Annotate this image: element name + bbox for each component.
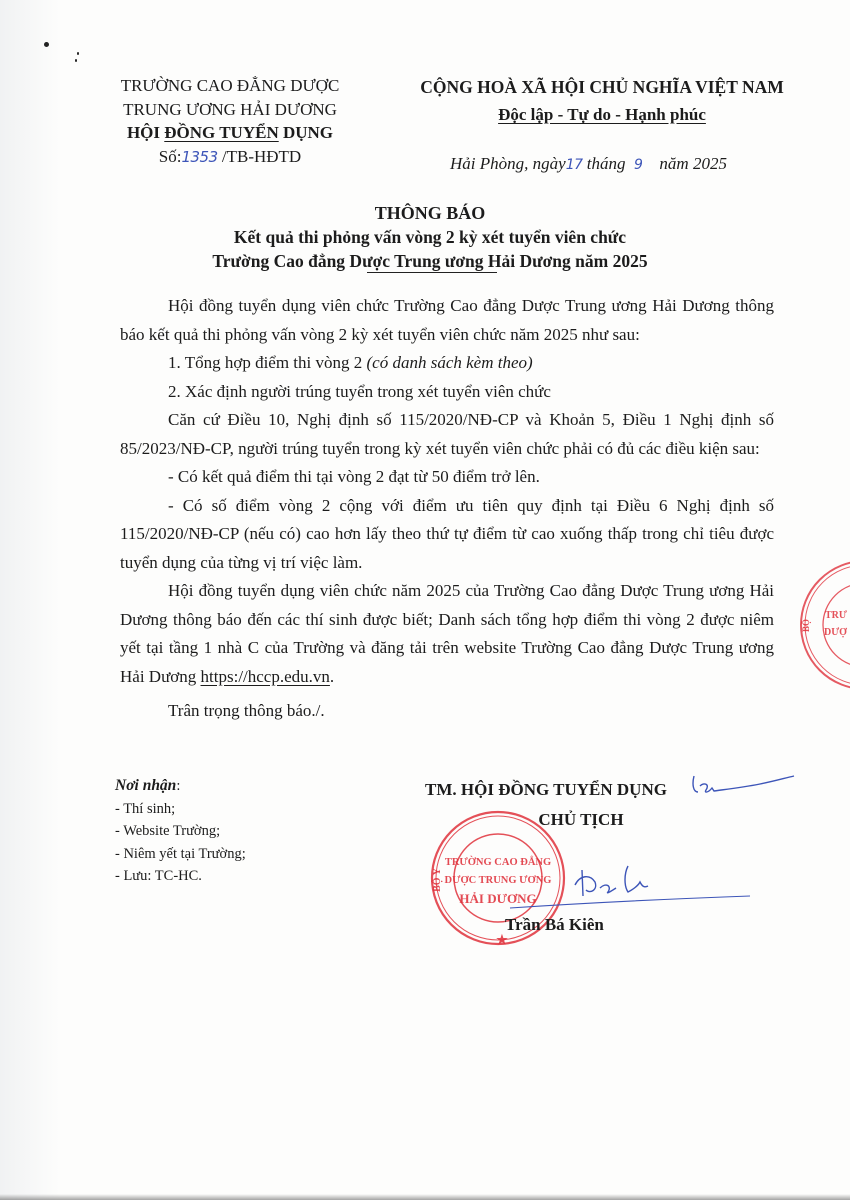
document-page: TRƯỜNG CAO ĐẲNG DƯỢC TRUNG ƯƠNG HẢI DƯƠN… (0, 0, 850, 1200)
condition-2: - Có số điểm vòng 2 cộng với điểm ưu tiê… (120, 492, 774, 578)
handwritten-doc-number: 1353 (181, 148, 217, 166)
partial-stamp-side-text: BỘ (801, 619, 811, 632)
page-seal-partial-stamp: TRƯ DƯỢ BỘ (795, 560, 850, 690)
nation-title: CỘNG HOÀ XÃ HỘI CHỦ NGHĨA VIỆT NAM (402, 74, 802, 101)
title-underline-rule (367, 272, 497, 273)
item-2: 2. Xác định người trúng tuyển trong xét … (120, 378, 774, 407)
recipients-block: Nơi nhận: - Thí sinh; - Website Trường; … (115, 775, 246, 888)
closing-line: Trân trọng thông báo./. (120, 697, 774, 726)
notice-subtitle-line1: Kết quả thi phỏng vấn vòng 2 kỳ xét tuyể… (150, 225, 710, 249)
notice-subtitle-line2: Trường Cao đẳng Dược Trung ương Hải Dươn… (150, 249, 710, 273)
recipient-item: - Lưu: TC-HC. (115, 865, 246, 888)
scan-speck (75, 59, 77, 62)
announcement-paragraph: Hội đồng tuyển dụng viên chức năm 2025 c… (120, 577, 774, 691)
handwritten-initial (690, 772, 800, 802)
notice-body: Hội đồng tuyển dụng viên chức Trường Cao… (120, 292, 774, 726)
national-header: CỘNG HOÀ XÃ HỘI CHỦ NGHĨA VIỆT NAM Độc l… (402, 74, 802, 128)
recipient-item: - Website Trường; (115, 820, 246, 843)
issuing-organization: TRƯỜNG CAO ĐẲNG DƯỢC TRUNG ƯƠNG HẢI DƯƠN… (95, 74, 365, 169)
date-line: Hải Phòng, ngày17 tháng 9 năm 2025 (450, 154, 727, 174)
stamp-side-text: BỘ Y (430, 867, 443, 892)
handwritten-month: 9 (634, 157, 642, 173)
handwritten-day: 17 (566, 157, 583, 173)
document-number: Số:1353 /TB-HĐTD (95, 145, 365, 170)
scan-speck (44, 42, 49, 47)
partial-stamp-text: DƯỢ (824, 627, 847, 638)
notice-title-block: THÔNG BÁO Kết quả thi phỏng vấn vòng 2 k… (150, 201, 710, 273)
signer-name: Trần Bá Kiên (505, 915, 604, 935)
signer-position: CHỦ TỊCH (425, 805, 667, 835)
handwritten-signature (520, 860, 760, 920)
condition-1: - Có kết quả điểm thi tại vòng 2 đạt từ … (120, 463, 774, 492)
scan-speck (77, 52, 79, 55)
partial-stamp-text: TRƯ (825, 610, 847, 621)
notice-heading: THÔNG BÁO (150, 201, 710, 225)
scan-shadow-bottom (0, 1194, 850, 1200)
intro-paragraph: Hội đồng tuyển dụng viên chức Trường Cao… (120, 292, 774, 349)
org-name-line1: TRƯỜNG CAO ĐẲNG DƯỢC (95, 74, 365, 98)
org-name-line2: TRUNG ƯƠNG HẢI DƯƠNG (95, 98, 365, 122)
item-1: 1. Tổng hợp điểm thi vòng 2 (có danh sác… (120, 349, 774, 378)
national-motto: Độc lập - Tự do - Hạnh phúc (498, 101, 706, 128)
recipient-item: - Thí sinh; (115, 798, 246, 821)
recipients-heading: Nơi nhận: (115, 775, 246, 798)
recipient-item: - Niêm yết tại Trường; (115, 843, 246, 866)
on-behalf-of: TM. HỘI ĐỒNG TUYỂN DỤNG (425, 775, 667, 805)
legal-basis-paragraph: Căn cứ Điều 10, Nghị định số 115/2020/NĐ… (120, 406, 774, 463)
signature-heading: TM. HỘI ĐỒNG TUYỂN DỤNG CHỦ TỊCH (425, 775, 667, 835)
scan-shadow-left (0, 0, 60, 1200)
website-link[interactable]: https://hccp.edu.vn (201, 667, 330, 686)
council-name: HỘI ĐỒNG TUYỂN DỤNG (95, 121, 365, 145)
